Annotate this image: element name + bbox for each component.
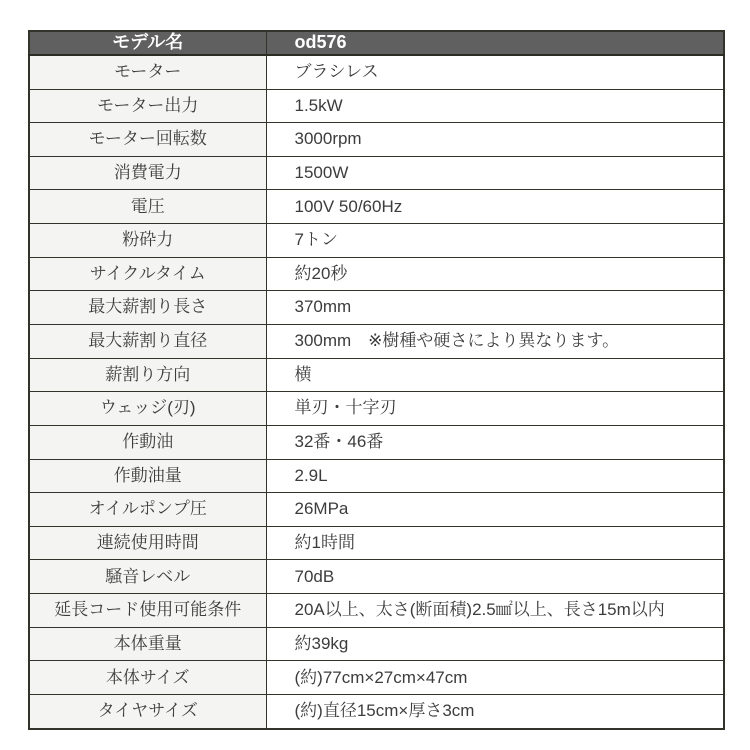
table-row: 最大薪割り長さ370mm — [29, 291, 724, 325]
spec-value-cell: 1500W — [266, 156, 724, 190]
spec-value-cell: 370mm — [266, 291, 724, 325]
spec-value-cell: 26MPa — [266, 493, 724, 527]
spec-value-cell: 約1時間 — [266, 526, 724, 560]
spec-value-cell: 7トン — [266, 224, 724, 258]
spec-label-cell: 粉砕力 — [29, 224, 266, 258]
table-row: モーター回転数3000rpm — [29, 123, 724, 157]
table-row: サイクルタイム約20秒 — [29, 257, 724, 291]
table-row: 最大薪割り直径300mm ※樹種や硬さにより異なります。 — [29, 325, 724, 359]
spec-label-cell: モーター出力 — [29, 89, 266, 123]
table-row: モーター出力1.5kW — [29, 89, 724, 123]
table-row: オイルポンプ圧26MPa — [29, 493, 724, 527]
header-model-value: od576 — [266, 31, 724, 55]
table-row: 延長コード使用可能条件20A以上、太さ(断面積)2.5㎟以上、長さ15m以内 — [29, 594, 724, 628]
spec-label-cell: サイクルタイム — [29, 257, 266, 291]
spec-value-cell: 3000rpm — [266, 123, 724, 157]
spec-value-cell: 2.9L — [266, 459, 724, 493]
spec-value-cell: 100V 50/60Hz — [266, 190, 724, 224]
spec-label-cell: 騒音レベル — [29, 560, 266, 594]
spec-label-cell: 作動油量 — [29, 459, 266, 493]
spec-value-cell: 300mm ※樹種や硬さにより異なります。 — [266, 325, 724, 359]
table-row: 騒音レベル70dB — [29, 560, 724, 594]
spec-table: モデル名 od576 モーターブラシレスモーター出力1.5kWモーター回転数30… — [28, 30, 725, 730]
table-row: 本体重量約39kg — [29, 627, 724, 661]
spec-value-cell: (約)77cm×27cm×47cm — [266, 661, 724, 695]
spec-value-cell: 約39kg — [266, 627, 724, 661]
spec-value-cell: 32番・46番 — [266, 425, 724, 459]
spec-label-cell: 最大薪割り直径 — [29, 325, 266, 359]
spec-label-cell: 電圧 — [29, 190, 266, 224]
spec-value-cell: 20A以上、太さ(断面積)2.5㎟以上、長さ15m以内 — [266, 594, 724, 628]
page-background: モデル名 od576 モーターブラシレスモーター出力1.5kWモーター回転数30… — [0, 0, 750, 750]
spec-value-cell: (約)直径15cm×厚さ3cm — [266, 695, 724, 729]
spec-label-cell: 作動油 — [29, 425, 266, 459]
spec-value-cell: 単刃・十字刃 — [266, 392, 724, 426]
spec-value-cell: 1.5kW — [266, 89, 724, 123]
spec-label-cell: 延長コード使用可能条件 — [29, 594, 266, 628]
spec-label-cell: 最大薪割り長さ — [29, 291, 266, 325]
table-row: 電圧100V 50/60Hz — [29, 190, 724, 224]
spec-label-cell: 本体重量 — [29, 627, 266, 661]
header-model-label: モデル名 — [29, 31, 266, 55]
spec-label-cell: 連続使用時間 — [29, 526, 266, 560]
table-row: 作動油32番・46番 — [29, 425, 724, 459]
spec-value-cell: 約20秒 — [266, 257, 724, 291]
spec-label-cell: 本体サイズ — [29, 661, 266, 695]
spec-label-cell: オイルポンプ圧 — [29, 493, 266, 527]
spec-label-cell: タイヤサイズ — [29, 695, 266, 729]
table-row: 連続使用時間約1時間 — [29, 526, 724, 560]
spec-label-cell: ウェッジ(刃) — [29, 392, 266, 426]
table-row: 消費電力1500W — [29, 156, 724, 190]
spec-label-cell: 薪割り方向 — [29, 358, 266, 392]
spec-label-cell: モーター — [29, 55, 266, 89]
spec-value-cell: 70dB — [266, 560, 724, 594]
spec-value-cell: 横 — [266, 358, 724, 392]
table-row: 粉砕力7トン — [29, 224, 724, 258]
spec-table-body: モーターブラシレスモーター出力1.5kWモーター回転数3000rpm消費電力15… — [29, 55, 724, 729]
spec-label-cell: モーター回転数 — [29, 123, 266, 157]
table-row: 作動油量2.9L — [29, 459, 724, 493]
table-row: タイヤサイズ(約)直径15cm×厚さ3cm — [29, 695, 724, 729]
table-row: ウェッジ(刃)単刃・十字刃 — [29, 392, 724, 426]
table-row: モーターブラシレス — [29, 55, 724, 89]
table-row: 薪割り方向横 — [29, 358, 724, 392]
table-row: 本体サイズ(約)77cm×27cm×47cm — [29, 661, 724, 695]
spec-value-cell: ブラシレス — [266, 55, 724, 89]
spec-label-cell: 消費電力 — [29, 156, 266, 190]
table-header-row: モデル名 od576 — [29, 31, 724, 55]
